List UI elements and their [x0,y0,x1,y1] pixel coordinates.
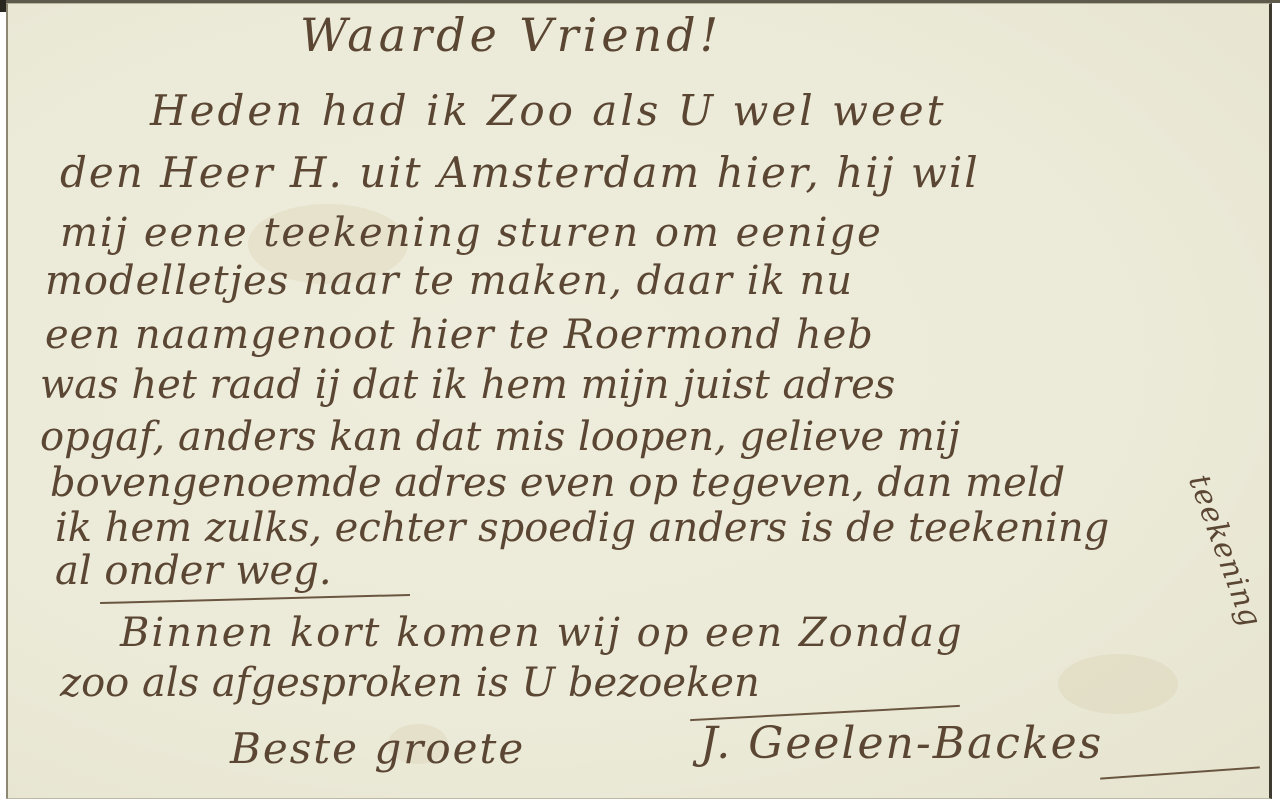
signature: J. Geelen-Backes [700,718,1103,769]
scanned-document: Waarde Vriend! Heden had ik Zoo als U we… [0,0,1280,806]
closing-line: zoo als afgesproken is U bezoeken [60,660,760,706]
body-line: opgaf, anders kan dat mis loopen, geliev… [40,414,960,460]
body-line: den Heer H. uit Amsterdam hier, hij wil [60,148,980,197]
closing-greeting: Beste groete [230,724,525,773]
body-line: al onder weg. [55,548,332,594]
closing-line: Binnen kort komen wij op een Zondag [120,610,964,656]
body-line: modelletjes naar te maken, daar ik nu [45,258,853,304]
paper-stain [1058,654,1178,714]
body-line: een naamgenoot hier te Roermond heb [45,312,874,358]
body-line: bovengenoemde adres even op tegeven, dan… [50,460,1065,506]
body-line: was het raad ij dat ik hem mijn juist ad… [40,362,895,408]
salutation: Waarde Vriend! [300,8,722,62]
body-line: ik hem zulks, echter spoedig anders is d… [55,505,1109,551]
body-line: mij eene teekening sturen om eenige [60,210,883,256]
body-line: Heden had ik Zoo als U wel weet [150,86,947,135]
